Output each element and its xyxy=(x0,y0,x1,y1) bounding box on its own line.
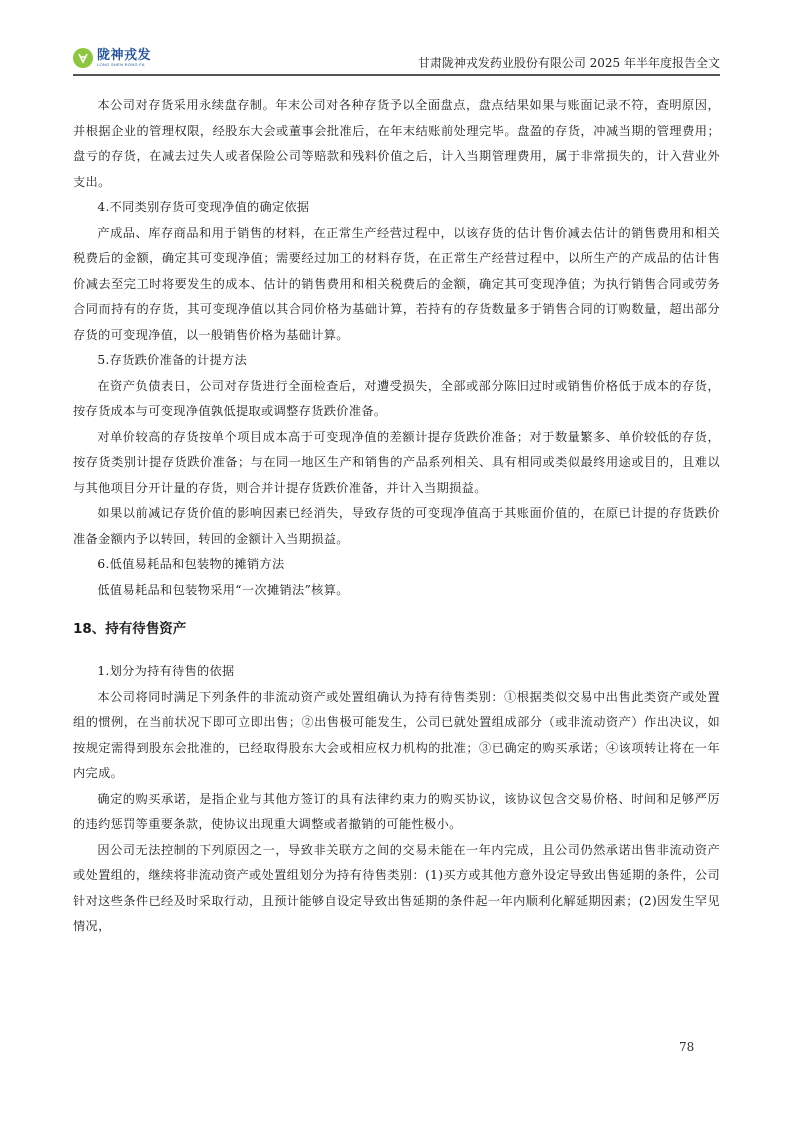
report-title: 甘肃陇神戎发药业股份有限公司 2025 年半年度报告全文 xyxy=(418,54,720,71)
paragraph-impairment-b: 对单价较高的存货按单个项目成本高于可变现净值的差额计提存货跌价准备；对于数量繁多… xyxy=(73,425,720,502)
subheading-6: 6.低值易耗品和包装物的摊销方法 xyxy=(73,552,720,578)
logo-english-name: LONG SHEN RONG FA xyxy=(97,63,151,67)
subheading-5: 5.存货跌价准备的计提方法 xyxy=(73,348,720,374)
company-logo: 陇神戎发 LONG SHEN RONG FA xyxy=(73,48,151,68)
paragraph-net-realizable-value: 产成品、库存商品和用于销售的材料，在正常生产经营过程中，以该存货的估计售价减去估… xyxy=(73,221,720,349)
page-header: 陇神戎发 LONG SHEN RONG FA 甘肃陇神戎发药业股份有限公司 20… xyxy=(73,46,720,76)
header-divider xyxy=(73,74,720,76)
paragraph-impairment-a: 在资产负债表日，公司对存货进行全面检查后，对遭受损失，全部或部分陈旧过时或销售价… xyxy=(73,374,720,425)
paragraph-amortization: 低值易耗品和包装物采用“一次摊销法”核算。 xyxy=(73,578,720,604)
subheading-18-1: 1.划分为持有待售的依据 xyxy=(73,659,720,685)
section-title-18: 18、持有待售资产 xyxy=(73,617,720,641)
logo-chinese-name: 陇神戎发 xyxy=(97,49,151,62)
document-body: 本公司对存货采用永续盘存制。年末公司对各种存货予以全面盘点，盘点结果如果与账面记… xyxy=(73,93,720,940)
subheading-4: 4.不同类别存货可变现净值的确定依据 xyxy=(73,195,720,221)
paragraph-held-for-sale-criteria: 本公司将同时满足下列条件的非流动资产或处置组确认为持有待售类别：①根据类似交易中… xyxy=(73,685,720,787)
paragraph-impairment-c: 如果以前减记存货价值的影响因素已经消失，导致存货的可变现净值高于其账面价值的，在… xyxy=(73,501,720,552)
logo-leaf-icon xyxy=(73,48,93,68)
paragraph-inventory-count: 本公司对存货采用永续盘存制。年末公司对各种存货予以全面盘点，盘点结果如果与账面记… xyxy=(73,93,720,195)
paragraph-purchase-commitment: 确定的购买承诺，是指企业与其他方签订的具有法律约束力的购买协议，该协议包含交易价… xyxy=(73,787,720,838)
page-number: 78 xyxy=(679,1040,694,1054)
paragraph-delay-reasons: 因公司无法控制的下列原因之一，导致非关联方之间的交易未能在一年内完成，且公司仍然… xyxy=(73,838,720,940)
